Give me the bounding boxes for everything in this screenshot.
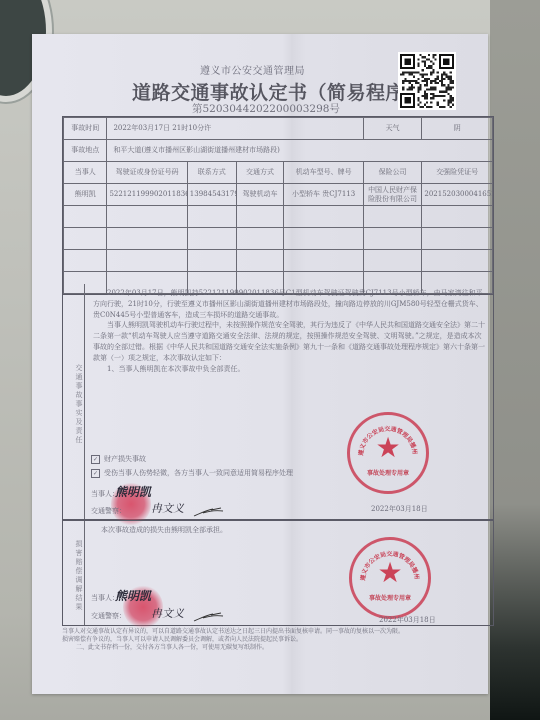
location-label: 事故地点: [64, 140, 107, 162]
party-transport: 驾驶机动车: [236, 184, 284, 206]
agency-name: 遵义市公安交通管理局: [200, 62, 305, 77]
weather-label: 天气: [363, 118, 422, 140]
star-icon: ★: [375, 434, 400, 462]
checkbox-checked-icon[interactable]: ✓: [91, 455, 100, 464]
header-vehicle: 机动车型号、牌号: [284, 162, 363, 184]
official-seal: 遵义市公安局交通管理局播州区分局 ★ 事故处理专用章: [347, 412, 429, 494]
property-loss-checkbox[interactable]: ✓ 财产损失事故: [91, 454, 146, 464]
accident-time-value: 2022年03月17日 21时10分许: [107, 118, 363, 140]
facts-result: 1、当事人熊明凯在本次事故中负全部责任。: [93, 364, 485, 375]
facts-date: 2022年03月18日: [371, 504, 428, 514]
party-insurer: [363, 228, 422, 250]
facts-text: 2022年03月17日，熊明凯持522121199902011836号C1型机动…: [93, 288, 485, 374]
party-name: [64, 228, 107, 250]
header-row: 当事人 驾驶证或身份证号码 联系方式 交通方式 机动车型号、牌号 保险公司 交强…: [64, 162, 493, 184]
qr-code-icon[interactable]: [398, 52, 456, 110]
party-license: [107, 228, 187, 250]
officer-scribble: [193, 502, 227, 512]
time-row: 事故时间 2022年03月17日 21时10分许 天气 阴: [64, 118, 493, 140]
party-insurer: [363, 206, 422, 228]
table-row: [64, 228, 493, 250]
note-line-3: 二、此文书存档一份，交付各方当事人各一份，可使用无碳复写纸制作。: [62, 644, 494, 652]
party-signature: 熊明凯: [115, 483, 151, 500]
party-contact: 13984543179: [187, 184, 236, 206]
party-vehicle: 小型轿车 贵CJ7113: [284, 184, 363, 206]
header-insurer: 保险公司: [363, 162, 422, 184]
officer-label: 交通警察：: [91, 611, 126, 621]
mediation-date: 2022年03月18日: [379, 615, 436, 625]
party-license: [107, 206, 187, 228]
header-party: 当事人: [64, 162, 107, 184]
facts-paragraph-1: 2022年03月17日，熊明凯持522121199902011836号C1型机动…: [93, 288, 485, 320]
facts-section: 交通事故事实及责任 2022年03月17日，熊明凯持52212119990201…: [62, 284, 494, 520]
party-name: 熊明凯: [64, 184, 107, 206]
party-policy: [422, 228, 493, 250]
officer-label: 交通警察：: [91, 506, 126, 516]
party-contact: [187, 250, 236, 272]
header-transport: 交通方式: [236, 162, 284, 184]
facts-side-label: 交通事故事实及责任: [63, 284, 85, 519]
note-line-2: 损害赔偿有争议的，当事人可以申请人民调解委员会调解，或者向人民法院提起民事诉讼。: [62, 636, 494, 644]
party-rows: 熊明凯52212119990201183613984543179驾驶机动车小型轿…: [64, 184, 493, 294]
header-policy: 交强险凭证号: [422, 162, 493, 184]
mediation-section: 损害赔偿调解结果 本次事故造成的损失由熊明凯全部承担。 当事人： 熊明凯 交通警…: [62, 520, 494, 626]
table-row: [64, 206, 493, 228]
seal-footer: 事故处理专用章: [369, 593, 411, 602]
table-row: 熊明凯52212119990201183613984543179驾驶机动车小型轿…: [64, 184, 493, 206]
location-row: 事故地点 和平大道(遵义市播州区影山湖街道播州建材市场路段): [64, 140, 493, 162]
header-contact: 联系方式: [187, 162, 236, 184]
party-transport: [236, 250, 284, 272]
officer-signature: 冉文义: [151, 500, 184, 516]
party-license: 522121199902011836: [107, 184, 187, 206]
party-transport: [236, 206, 284, 228]
document-number: 第5203044202200003298号: [192, 101, 340, 116]
party-insurer: [363, 250, 422, 272]
footnotes: 当事人对交通事故认定有异议的，可以自道路交通事故认定书送达之日起三日内提出书面复…: [62, 628, 494, 652]
property-loss-label: 财产损失事故: [104, 454, 146, 464]
party-license: [107, 250, 187, 272]
party-contact: [187, 206, 236, 228]
officer-signature: 冉文义: [151, 605, 184, 621]
party-signature: 熊明凯: [115, 587, 151, 604]
star-icon: ★: [377, 559, 402, 587]
compensation-text: 本次事故造成的损失由熊明凯全部承担。: [101, 525, 227, 535]
table-row: [64, 250, 493, 272]
background-edge: [490, 0, 540, 720]
seal-footer: 事故处理专用章: [367, 468, 409, 477]
location-value: 和平大道(遵义市播州区影山湖街道播州建材市场路段): [107, 140, 493, 162]
party-contact: [187, 228, 236, 250]
party-policy: 20215203000416528: [422, 184, 493, 206]
party-vehicle: [284, 250, 363, 272]
party-name: [64, 250, 107, 272]
party-transport: [236, 228, 284, 250]
info-table: 事故时间 2022年03月17日 21时10分许 天气 阴 事故地点 和平大道(…: [63, 117, 493, 294]
mediation-side-label: 损害赔偿调解结果: [63, 521, 85, 625]
info-table-frame: 事故时间 2022年03月17日 21时10分许 天气 阴 事故地点 和平大道(…: [62, 116, 494, 295]
weather-value: 阴: [422, 118, 493, 140]
official-seal: 遵义市公安局交通管理局播州区分局 ★ 事故处理专用章: [349, 537, 431, 619]
party-vehicle: [284, 228, 363, 250]
header-license: 驾驶证或身份证号码: [107, 162, 187, 184]
simple-procedure-checkbox[interactable]: ✓ 受伤当事人伤势轻微，各方当事人一致同意适用简易程序处理: [91, 468, 293, 478]
party-name: [64, 206, 107, 228]
party-insurer: 中国人民财产保险股份有限公司: [363, 184, 422, 206]
officer-scribble: [193, 607, 227, 617]
party-policy: [422, 250, 493, 272]
party-vehicle: [284, 206, 363, 228]
simple-procedure-label: 受伤当事人伤势轻微，各方当事人一致同意适用简易程序处理: [104, 468, 293, 478]
facts-paragraph-2: 当事人熊明凯驾驶机动车行驶过程中，未按照操作规范安全驾驶，其行为违反了《中华人民…: [93, 320, 485, 363]
accident-time-label: 事故时间: [64, 118, 107, 140]
note-line-1: 当事人对交通事故认定有异议的，可以自道路交通事故认定书送达之日起三日内提出书面复…: [62, 628, 494, 636]
party-policy: [422, 206, 493, 228]
checkbox-checked-icon[interactable]: ✓: [91, 469, 100, 478]
